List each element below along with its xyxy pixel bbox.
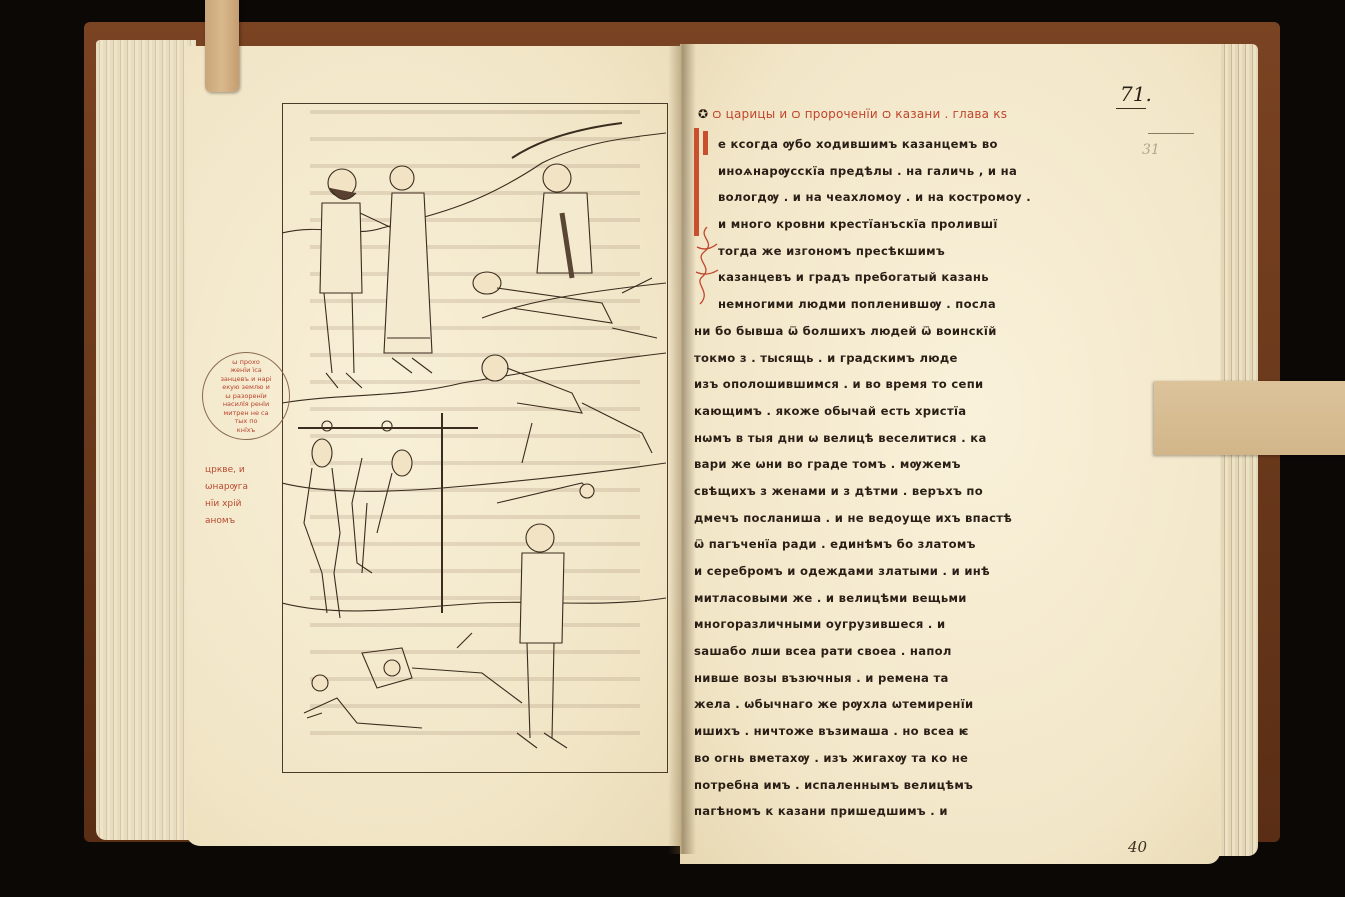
text-line: тогда же изгономъ пресѣкшимъ <box>718 238 1088 265</box>
text-line: кающимъ . якоже обычай есть христїа <box>694 398 1088 425</box>
text-line: токмо з . тысящь . и градскимъ люде <box>694 345 1088 372</box>
text-line: во огнь вметахѹ . изъ жигахѹ та ко не <box>694 745 1088 772</box>
text-line: ишихъ . ничтоже възимаша . но всеа ѥ <box>694 718 1088 745</box>
heading-ornament-icon: ✪ <box>698 107 708 121</box>
folio-number: 71. <box>1120 82 1152 106</box>
folio-underline <box>1116 108 1146 109</box>
text-line: ни бо бывша ѿ болшихъ людей ѿ воинскїй <box>694 318 1088 345</box>
text-line: пагѣномъ к казани пришедшимъ . и <box>694 798 1088 825</box>
figure-man-robed <box>384 166 432 373</box>
text-line: вари же ѡни во граде томъ . мѹжемъ <box>694 451 1088 478</box>
marginal-circle-text: ѡ прохо женїи їсa занцевъ и нарi екую зе… <box>208 358 284 435</box>
chapter-heading: ✪ ѻ царицы и ѻ пророченїи ѻ казани . гла… <box>698 107 1007 121</box>
text-line: жела . ѡбычнаго же рѹхла ѡтемиренїи <box>694 691 1088 718</box>
text-line: потребна имъ . испаленнымъ велицѣмъ <box>694 772 1088 799</box>
text-line: нѡмъ в тыя дни ѡ велицѣ веселитися . ка <box>694 425 1088 452</box>
fallen-body-1 <box>473 272 657 338</box>
figure-hanged-1 <box>304 439 340 618</box>
marginal-circle-annotation: ѡ прохо женїи їсa занцевъ и нарi екую зе… <box>202 352 290 440</box>
fallen-body-2 <box>482 355 652 463</box>
book-gutter <box>668 44 696 854</box>
text-line: нивше возы възючныя . и ремена та <box>694 665 1088 692</box>
text-line: многоразличными оугрузившеся . и <box>694 611 1088 638</box>
text-line: немногими людми попленившѹ . посла <box>718 291 1088 318</box>
initial-stroke <box>694 128 699 236</box>
heading-text: ѻ царицы и ѻ пророченїи ѻ казани . глава… <box>712 107 1007 121</box>
bookmark-top[interactable] <box>205 0 239 92</box>
text-line: ѿ пагъченїа ради . единѣмъ бо златомъ <box>694 531 1088 558</box>
figure-warrior-sabre <box>512 123 622 278</box>
text-line: свѣщихъ з женами и з дѣтми . веръхъ по <box>694 478 1088 505</box>
text-line: и серебромъ и одеждами златыми . и инѣ <box>694 558 1088 585</box>
old-folio-number: 31 <box>1142 142 1160 158</box>
text-line: ѕашабо лши всеа рати своеа . напол <box>694 638 1088 665</box>
text-line: и много кровни крестїанъскїа пролившї <box>718 211 1088 238</box>
figure-hanged-2 <box>352 450 412 573</box>
text-line: митласовыми же . и велицѣми вещьми <box>694 585 1088 612</box>
marginal-note: црквe, и ѡнарѹга нїи хрiй аномъ <box>205 462 267 530</box>
bottom-page-number: 40 <box>1128 838 1147 856</box>
text-line: казанцевъ и градъ пребогатый казань <box>718 264 1088 291</box>
bookmark-right[interactable] <box>1154 381 1345 455</box>
figure-lying <box>362 633 522 703</box>
old-folio-rule <box>1148 133 1194 134</box>
page-edges-left <box>96 40 196 840</box>
figure-soldier-carrying <box>497 483 594 748</box>
text-line: е ксогда ѹбо ходившимъ казанцемъ во <box>718 131 1088 158</box>
text-line: иноѧнарѹсскїа предѣлы . на галичь , и на <box>718 158 1088 185</box>
figure-man-greeting <box>320 169 392 388</box>
text-line: изъ ополошившимся . и во время то сепи <box>694 371 1088 398</box>
initial-stroke <box>703 131 708 155</box>
text-line: дмечъ посланиша . и не ведоуще ихъ впаст… <box>694 505 1088 532</box>
text-line: вологдѹ . и на чеахломоу . и на костромо… <box>718 184 1088 211</box>
figure-crawling <box>304 675 422 728</box>
main-text-block: е ксогда ѹбо ходившимъ казанцемъ во иноѧ… <box>718 131 1088 825</box>
illustration-drawing <box>282 103 666 771</box>
